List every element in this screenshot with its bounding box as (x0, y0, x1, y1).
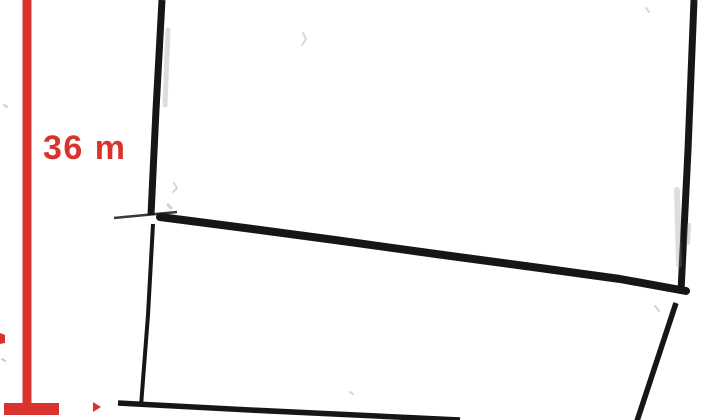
red-arrow-mark (93, 402, 101, 412)
speck-left-lower (2, 359, 5, 361)
lower-plot-bottom-edge (118, 403, 460, 420)
upper-plot-bottom-edge (160, 217, 686, 291)
right-edge-smudge (677, 190, 679, 265)
sketch-drawing (0, 0, 720, 420)
measurement-label: 36 m (43, 131, 127, 165)
upper-plot-right-edge (681, 0, 694, 291)
scribble-junction-mark (173, 183, 177, 192)
junction-speck (168, 205, 171, 208)
scribble-top-mark (302, 33, 306, 45)
red-edge-fragment (0, 333, 5, 344)
corner-smudge (688, 225, 689, 243)
upper-plot-left-edge (151, 0, 162, 215)
speck-left-upper (4, 105, 7, 107)
left-edge-smudge (165, 30, 168, 105)
lower-plot-right-edge (637, 303, 676, 420)
plot-sketch-canvas: 36 m (0, 0, 720, 420)
lower-plot-left-edge (141, 224, 153, 406)
speck-mid-right (655, 306, 659, 311)
speck-bottom-mid (350, 392, 353, 394)
speck-top-right (646, 8, 649, 12)
